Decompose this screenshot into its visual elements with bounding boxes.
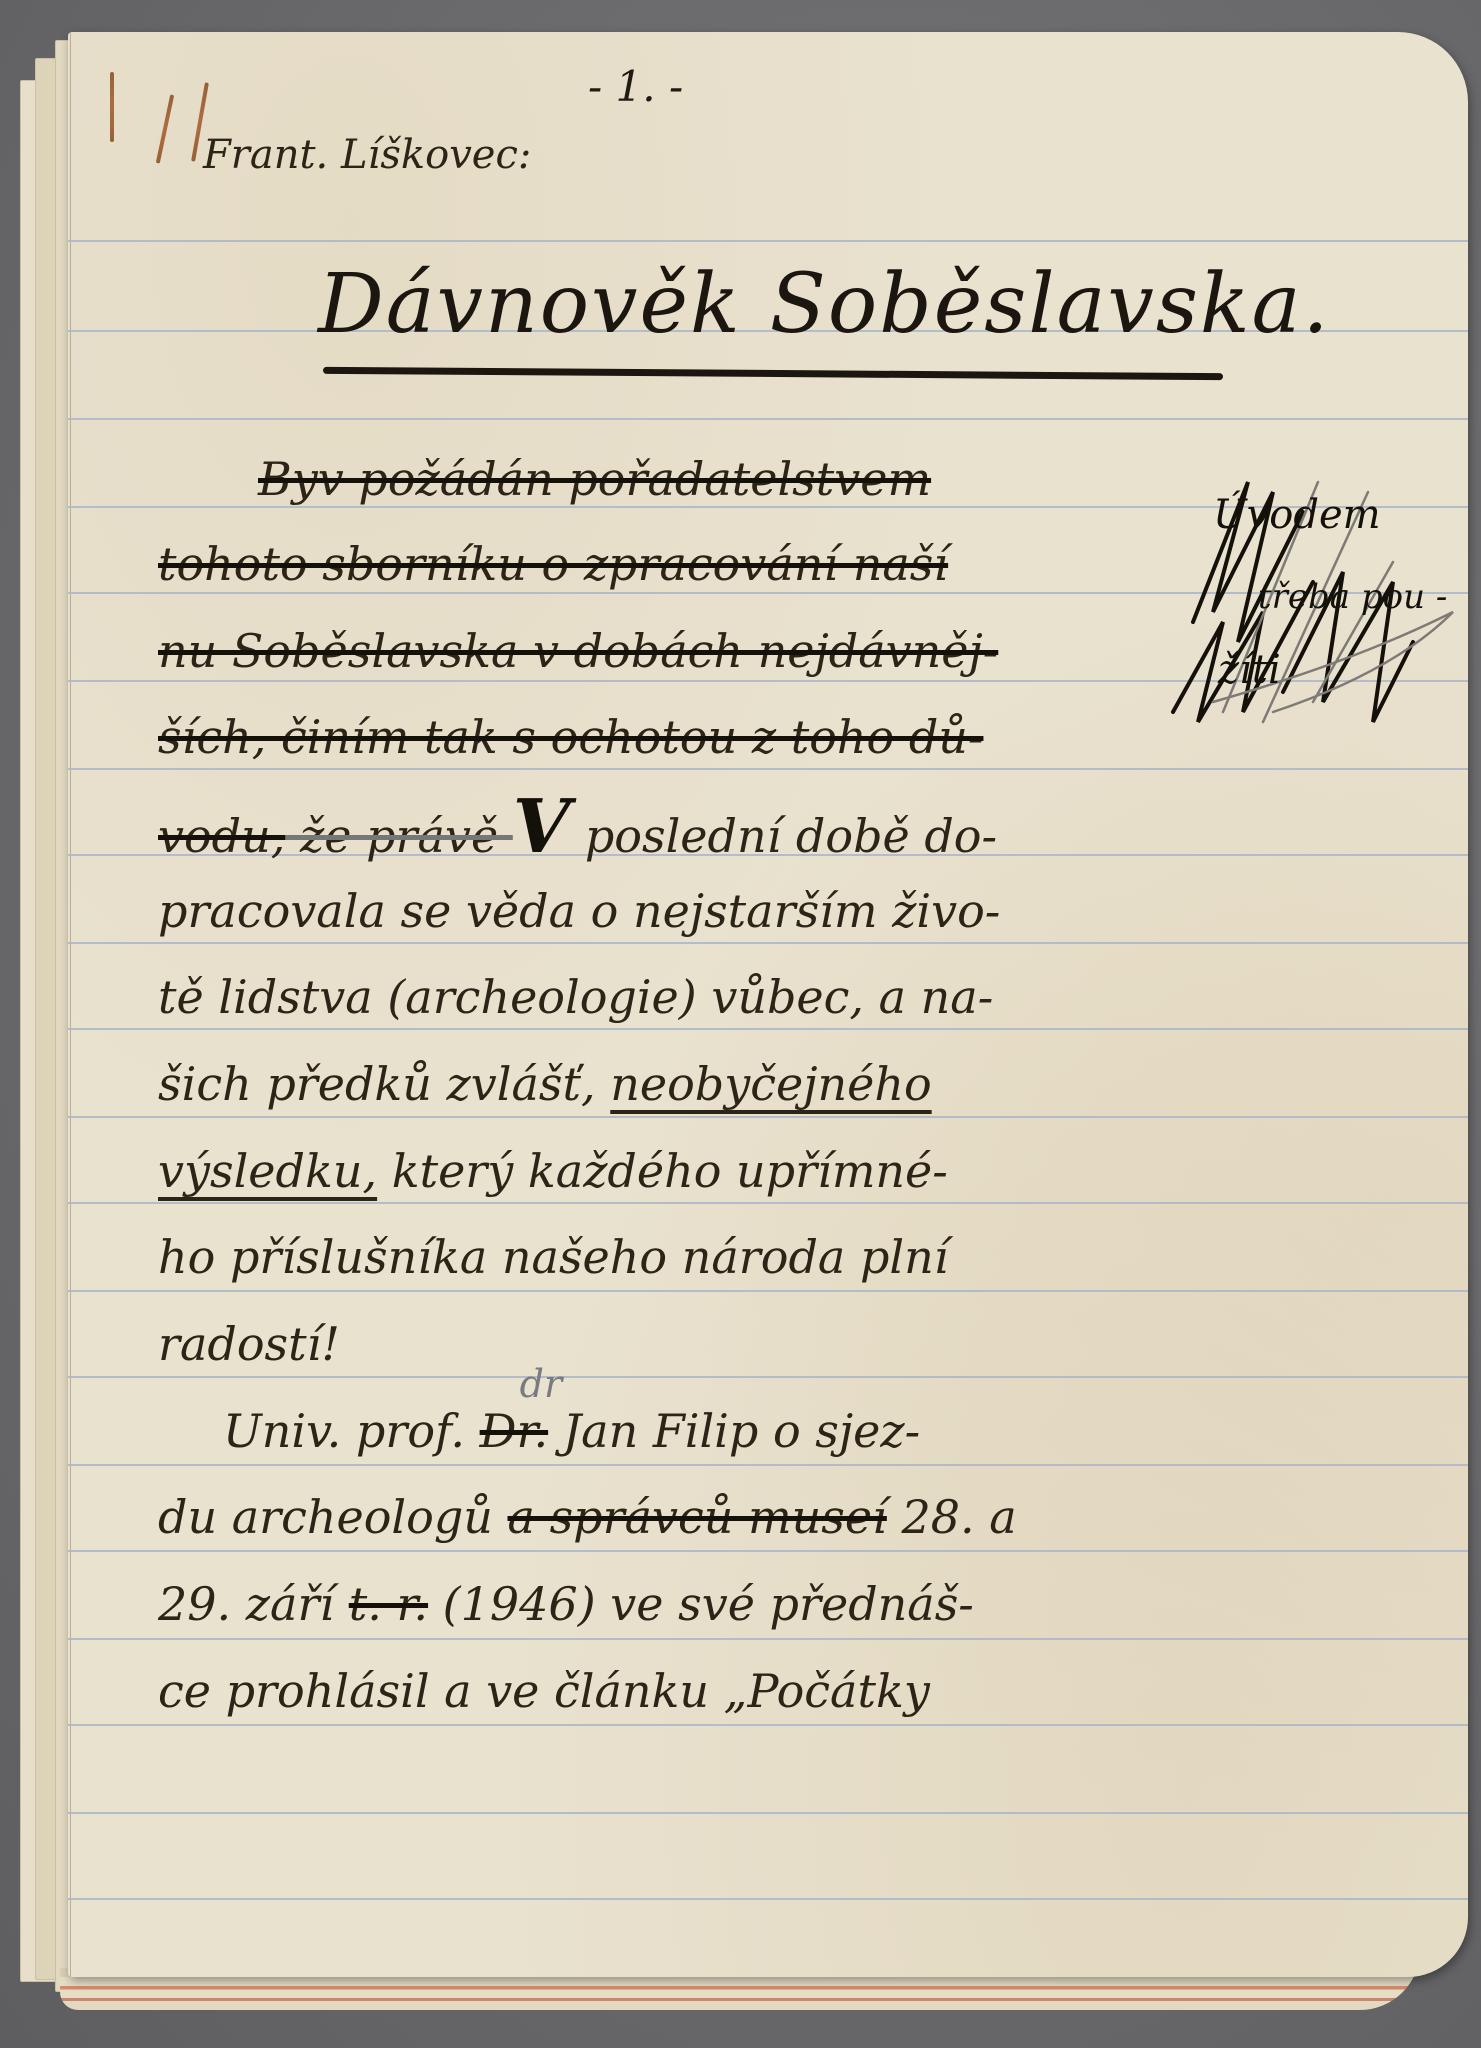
page-number: - 1. -: [588, 62, 683, 111]
text-line: šich předků zvlášť, neobyčejného: [158, 1057, 932, 1111]
text-line: ho příslušníka našeho národa plní: [158, 1230, 948, 1284]
text-line: 29. září t. r. (1946) ve své přednáš-: [158, 1577, 974, 1631]
text-segment: du archeologů: [158, 1490, 508, 1544]
text-segment: Univ. prof.: [223, 1404, 480, 1458]
ruled-line: [68, 1116, 1468, 1118]
document-title: Dávnověk Soběslavska.: [318, 257, 1331, 352]
text-segment: poslední době do-: [570, 809, 997, 863]
ruled-line: [68, 942, 1468, 944]
text-line: radostí!: [158, 1317, 340, 1371]
margin-note: Úvodem třeba pou - žíti: [1153, 472, 1468, 732]
struck-text: Dr.: [480, 1404, 548, 1458]
text-segment: ce prohlásil a ve článku „Počátky: [158, 1664, 930, 1718]
text-line: du archeologů a správců museí 28. a: [158, 1490, 1017, 1544]
text-line: ších, činím tak s ochotou z toho dů-: [158, 710, 983, 764]
rust-stain: [110, 72, 114, 142]
text-segment: 29. září: [158, 1577, 349, 1631]
inserted-capital: V: [513, 784, 570, 870]
ruled-line: [68, 1638, 1468, 1640]
binding-line: [70, 32, 71, 1977]
ruled-line: [68, 1202, 1468, 1204]
pencil-correction: dr: [520, 1362, 563, 1406]
ruled-line: [68, 1290, 1468, 1292]
underlined-text: výsledku,: [158, 1144, 377, 1198]
text-segment: ho příslušníka našeho národa plní: [158, 1230, 948, 1284]
struck-text: tohoto sborníku o zpracování naší: [158, 537, 948, 591]
ruled-line: [68, 240, 1468, 242]
ruled-line: [68, 1376, 1468, 1378]
author-name: Frant. Líškovec:: [203, 132, 531, 178]
struck-text: t. r.: [349, 1577, 428, 1631]
ruled-line: [68, 418, 1468, 420]
struck-text: nu Soběslavska v dobách nejdávněj-: [158, 624, 998, 678]
ruled-line: [68, 1898, 1468, 1900]
ruled-line: [68, 1550, 1468, 1552]
text-line: Univ. prof. Dr.dr Jan Filip o sjez-: [223, 1404, 920, 1458]
text-line: Byv požádán pořadatelstvem: [258, 452, 931, 506]
ruled-line: [68, 768, 1468, 770]
struck-text: vodu,: [158, 809, 285, 863]
text-segment: pracovala se věda o nejstarším živo-: [158, 884, 1000, 938]
text-segment: který každého upřímné-: [377, 1144, 948, 1198]
rust-stain: [156, 94, 174, 163]
text-line: nu Soběslavska v dobách nejdávněj-: [158, 624, 998, 678]
text-segment: (1946) ve své přednáš-: [428, 1577, 974, 1631]
ruled-line: [68, 1812, 1468, 1814]
margin-note-line: žíti: [1218, 647, 1281, 693]
text-line: tohoto sborníku o zpracování naší: [158, 537, 948, 591]
struck-text: Byv požádán pořadatelstvem: [258, 452, 931, 506]
text-line: vodu, že právě V poslední době do-: [158, 784, 997, 870]
struck-text: a správců museí: [508, 1490, 887, 1544]
corrected-text: Dr.dr: [480, 1404, 548, 1458]
ruled-line: [68, 1028, 1468, 1030]
underlined-text: neobyčejného: [610, 1057, 931, 1111]
text-segment: tě lidstva (archeologie) vůbec, a na-: [158, 970, 993, 1024]
margin-note-line: třeba pou -: [1258, 577, 1447, 617]
text-line: výsledku, který každého upřímné-: [158, 1144, 948, 1198]
ruled-line: [68, 1464, 1468, 1466]
text-line: ce prohlásil a ve článku „Počátky: [158, 1664, 930, 1718]
text-segment: Jan Filip o sjez-: [548, 1404, 920, 1458]
ruled-line: [68, 1724, 1468, 1726]
text-segment: radostí!: [158, 1317, 340, 1371]
title-underline: [323, 367, 1223, 380]
struck-text: že právě: [285, 809, 512, 863]
margin-note-line: Úvodem: [1213, 492, 1381, 538]
struck-text: ších, činím tak s ochotou z toho dů-: [158, 710, 983, 764]
text-line: pracovala se věda o nejstarším živo-: [158, 884, 1000, 938]
text-segment: šich předků zvlášť,: [158, 1057, 610, 1111]
text-segment: 28. a: [887, 1490, 1017, 1544]
manuscript-page: - 1. - Frant. Líškovec: Dávnověk Soběsla…: [68, 32, 1468, 1977]
text-line: tě lidstva (archeologie) vůbec, a na-: [158, 970, 993, 1024]
